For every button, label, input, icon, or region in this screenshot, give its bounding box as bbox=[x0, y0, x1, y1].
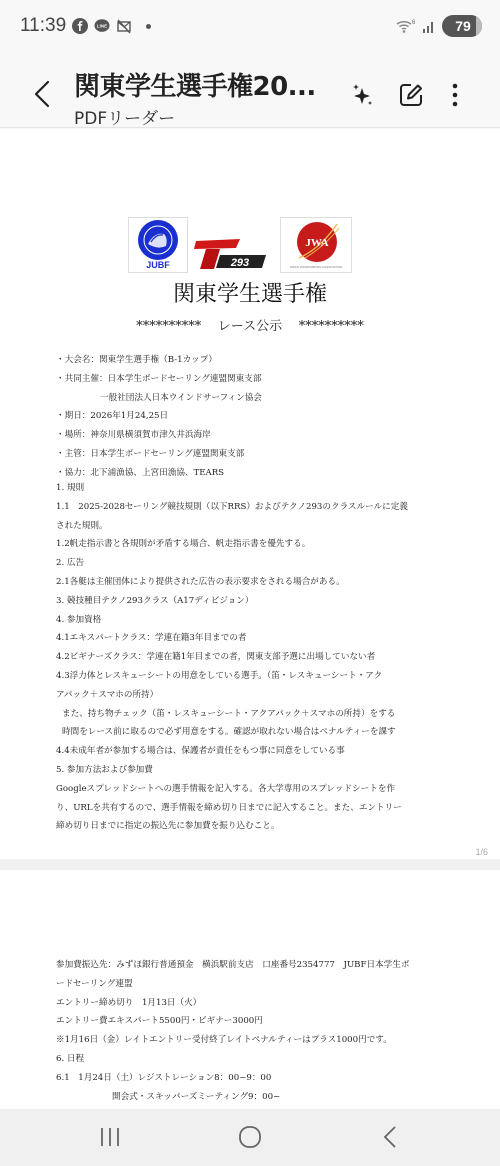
system-nav-bar bbox=[0, 1109, 500, 1166]
battery-level: 79 bbox=[455, 18, 471, 34]
page2-content: 参加費振込先：みずほ銀行普通預金 横浜駅前支店 口座番号2354777 JUBF… bbox=[56, 956, 456, 1109]
section-heading: 2. 広告 bbox=[56, 554, 456, 573]
info-event-name: ・大会名：関東学生選手権（B-1カップ） bbox=[56, 351, 456, 370]
event-info-list: ・大会名：関東学生選手権（B-1カップ） ・共同主催：日本学生ボードセーリング連… bbox=[56, 351, 456, 483]
recents-icon bbox=[98, 1126, 122, 1148]
ai-assist-button[interactable] bbox=[348, 80, 378, 110]
section-text: アパック＋スマホの所持） bbox=[56, 686, 456, 705]
doc-subheading: ********** レース公示 ********** bbox=[0, 315, 500, 334]
section-text: 時間をレース前に取るので必ず用意をする。確認が取れない場合はペナルティーを課す bbox=[56, 723, 456, 742]
payment-info: 参加費振込先：みずほ銀行普通預金 横浜駅前支店 口座番号2354777 JUBF… bbox=[56, 956, 456, 975]
info-host: ・主管：日本学生ボードセーリング連盟関東支部 bbox=[56, 445, 456, 464]
section-heading: 3. 競技種目テクノ293クラス（A17ディビジョン） bbox=[56, 592, 456, 611]
home-icon bbox=[238, 1125, 262, 1149]
notification-icons: LINE bbox=[72, 18, 151, 34]
wifi-icon: 6 bbox=[396, 18, 416, 34]
logo-row: JUBF 293 JWA JAPAN WINDSURFING ASSOCIATI bbox=[128, 217, 353, 275]
svg-text:JAPAN WINDSURFING ASSOCIATION: JAPAN WINDSURFING ASSOCIATION bbox=[290, 265, 343, 269]
more-vertical-icon bbox=[451, 82, 459, 108]
document-title: 関東学生選手権20... bbox=[74, 66, 316, 103]
system-icons: 6 79 bbox=[396, 15, 482, 37]
section-text: 1.1 2025-2028セーリング競技規則（以下RRS）およびテクノ293のク… bbox=[56, 498, 456, 517]
pdf-page-2: 参加費振込先：みずほ銀行普通預金 横浜駅前支店 口座番号2354777 JUBF… bbox=[0, 870, 500, 1109]
edit-icon bbox=[398, 82, 424, 108]
battery-indicator: 79 bbox=[442, 15, 482, 37]
sparkle-icon bbox=[350, 82, 376, 108]
more-options-button[interactable] bbox=[440, 80, 470, 110]
rules-sections: 1. 規則 1.1 2025-2028セーリング競技規則（以下RRS）およびテク… bbox=[56, 479, 456, 836]
section-text: 4.2ビギナーズクラス：学連在籍1年目までの者，関東支部予選に出場していない者 bbox=[56, 648, 456, 667]
info-date: ・期日：2026年1月24,25日 bbox=[56, 407, 456, 426]
section-text: 4.4未成年者が参加する場合は、保護者が責任をもつ事に同意をしている事 bbox=[56, 742, 456, 761]
section-heading: 4. 参加資格 bbox=[56, 611, 456, 630]
svg-text:6: 6 bbox=[412, 20, 416, 26]
section-text: 1.2帆走指示書と各規則が矛盾する場合、帆走指示書を優先する。 bbox=[56, 535, 456, 554]
back-icon bbox=[382, 1125, 398, 1149]
section-text: 締め切り日までに指定の振込先に参加費を振り込むこと。 bbox=[56, 817, 456, 836]
edit-button[interactable] bbox=[396, 80, 426, 110]
section-heading: 1. 規則 bbox=[56, 479, 456, 498]
section-heading: 6. 日程 bbox=[56, 1050, 456, 1069]
pdf-viewer[interactable]: JUBF 293 JWA JAPAN WINDSURFING ASSOCIATI bbox=[0, 129, 500, 1109]
entry-fee: エントリー費エキスパート5500円・ビギナー3000円 bbox=[56, 1012, 456, 1031]
app-bar: 関東学生選手権20... PDFリーダー bbox=[0, 56, 500, 128]
section-text: 4.1エキスパートクラス：学連在籍3年目までの者 bbox=[56, 629, 456, 648]
section-text: 2.1各艇は主催団体により提供された広告の表示要求をされる場合がある。 bbox=[56, 573, 456, 592]
home-button[interactable] bbox=[230, 1121, 270, 1153]
status-time: 11:39 bbox=[20, 15, 66, 37]
section-text: された規則。 bbox=[56, 517, 456, 536]
payment-info: ードセーリング連盟 bbox=[56, 975, 456, 994]
svg-text:293: 293 bbox=[230, 257, 249, 269]
info-organizer: ・共同主催：日本学生ボードセーリング連盟関東支部 bbox=[56, 370, 456, 389]
chevron-left-icon bbox=[33, 80, 51, 108]
recents-button[interactable] bbox=[90, 1121, 130, 1153]
svg-text:LINE: LINE bbox=[97, 23, 107, 28]
mail-muted-icon bbox=[116, 18, 132, 34]
section-text: Googleスプレッドシートへの選手情報を記入する。各大学専用のスプレッドシート… bbox=[56, 780, 456, 799]
section-text: り、URLを共有するので、選手情報を締め切り日までに記入すること。また、エントリ… bbox=[56, 799, 456, 818]
signal-icon bbox=[422, 19, 436, 33]
page-indicator: 1/6 bbox=[475, 847, 488, 857]
section-text: 4.3浮力体とレスキューシートの用意をしている選手。（笛・レスキューシート・アク bbox=[56, 667, 456, 686]
schedule-item: 開会式・スキッパーズミーティング9：00~ bbox=[56, 1088, 456, 1107]
line-icon: LINE bbox=[94, 18, 110, 34]
status-bar: 11:39 LINE 6 79 bbox=[0, 0, 500, 56]
svg-text:JWA: JWA bbox=[305, 237, 328, 249]
schedule-item: 6.1 1月24日（土）レジストレーション8：00~9：00 bbox=[56, 1069, 456, 1088]
nav-back-button[interactable] bbox=[370, 1121, 410, 1153]
jwa-logo: JWA JAPAN WINDSURFING ASSOCIATION bbox=[280, 217, 352, 273]
section-heading: 5. 参加方法および参加費 bbox=[56, 761, 456, 780]
late-entry-note: ※1月16日（金）レイトエントリー受付終了レイトペナルティーはプラス1000円で… bbox=[56, 1031, 456, 1050]
more-notifications-dot bbox=[146, 24, 151, 29]
facebook-icon bbox=[72, 18, 88, 34]
info-co-organizer: 一般社団法人日本ウインドサーフィン協会 bbox=[56, 389, 456, 408]
svg-text:JUBF: JUBF bbox=[146, 260, 170, 270]
app-name: PDFリーダー bbox=[74, 104, 175, 129]
info-venue: ・場所：神奈川県横須賀市津久井浜海岸 bbox=[56, 426, 456, 445]
techno-293-logo: 293 bbox=[190, 235, 268, 271]
jubf-logo: JUBF bbox=[128, 217, 188, 273]
entry-deadline: エントリー締め切り 1月13日（火） bbox=[56, 994, 456, 1013]
back-button[interactable] bbox=[28, 78, 56, 110]
section-text: また、持ち物チェック（笛・レスキューシート・アクアパック＋スマホの所持）をする bbox=[56, 705, 456, 724]
doc-heading: 関東学生選手権 bbox=[0, 277, 500, 308]
pdf-page-1: JUBF 293 JWA JAPAN WINDSURFING ASSOCIATI bbox=[0, 129, 500, 859]
